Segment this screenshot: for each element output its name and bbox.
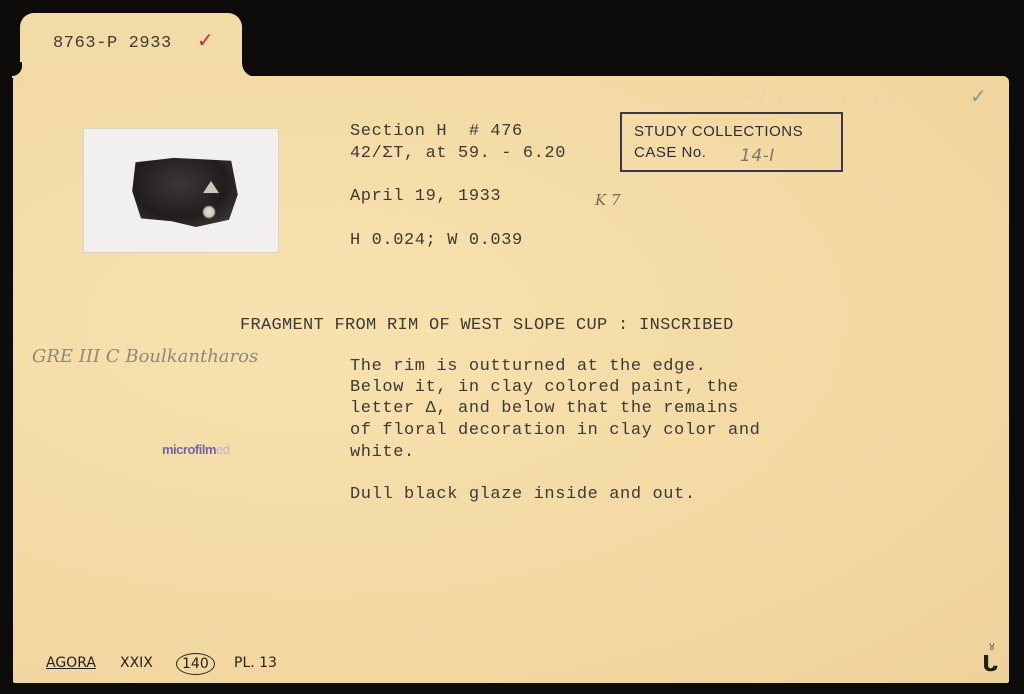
description-line-4: of floral decoration in clay color and xyxy=(350,421,760,440)
publication-name: AGORA xyxy=(46,655,96,671)
footer-volume: XXIX xyxy=(120,655,153,671)
footer-plate: PL. 13 xyxy=(234,655,277,671)
stamp-case-number: 14-I xyxy=(740,146,775,166)
corner-mark-large: ᒐ xyxy=(982,652,998,677)
description-line-2: Below it, in clay colored paint, the xyxy=(350,378,739,397)
dimensions: H 0.024; W 0.039 xyxy=(350,231,523,250)
section-line: Section H # 476 xyxy=(350,122,523,141)
microfilm-faded: ed xyxy=(216,442,229,457)
microfilm-bold: microfilm xyxy=(162,442,216,457)
footer-publication: AGORA xyxy=(46,655,96,671)
circled-catalog-number: 140 xyxy=(176,653,215,675)
stamp-heading: STUDY COLLECTIONS xyxy=(634,123,803,140)
microfilmed-stamp: microfilmed xyxy=(162,442,229,457)
red-checkmark-icon: ✓ xyxy=(197,28,214,52)
delta-letter-mark xyxy=(203,181,219,193)
description-line-3: letter Δ, and below that the remains xyxy=(350,399,739,418)
date: April 19, 1933 xyxy=(350,187,501,206)
description-line-1: The rim is outturned at the edge. xyxy=(350,357,706,376)
footer-catalog-no: 140 xyxy=(176,653,215,675)
study-collections-stamp: STUDY COLLECTIONS CASE No. 14-I xyxy=(620,112,843,172)
location-line: 42/ΣT, at 59. - 6.20 xyxy=(350,144,566,163)
glaze-note: Dull black glaze inside and out. xyxy=(350,485,696,504)
handwritten-ref: K 7 xyxy=(595,191,621,209)
floral-decoration-mark xyxy=(202,205,216,219)
fragment-photo xyxy=(83,128,279,253)
faint-erased-writing: . . . ; , . . . , . xyxy=(712,88,899,103)
description-line-5: white. xyxy=(350,443,415,462)
green-checkmark-icon: ✓ xyxy=(970,84,987,108)
stamp-case-label: CASE No. xyxy=(634,144,706,161)
object-title: FRAGMENT FROM RIM OF WEST SLOPE CUP : IN… xyxy=(240,316,734,335)
catalog-number: 8763-P 2933 xyxy=(53,34,172,53)
sherd-image xyxy=(130,155,240,227)
classification-note: GRE III C Boulkantharos xyxy=(32,346,258,367)
